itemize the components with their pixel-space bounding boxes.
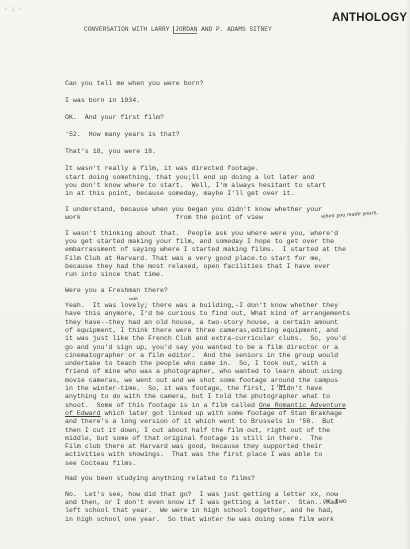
answer-directed-footage: It wasn't really a film, it was directed…: [65, 165, 405, 198]
transcript-body: Can you tell me when you were born? I wa…: [65, 80, 405, 531]
question-18: That's 18, you were 18.: [65, 148, 405, 156]
title-name-jordan: JORDAN: [173, 26, 197, 34]
title-prefix: CONVERSATION WITH LARRY: [84, 26, 173, 33]
document-title: CONVERSATION WITH LARRY JORDAN AND P. AD…: [84, 26, 272, 33]
question-freshman: Were you a Freshman there?: [65, 287, 405, 295]
answer-building: Yeah. It was lovely; there was a buildin…: [65, 302, 405, 468]
handwritten-insert-with: with: [129, 296, 138, 301]
film-title-line1: One Romantic Adventure: [259, 402, 346, 409]
title-suffix: AND P. ADAMS SITNEY: [197, 26, 271, 33]
answer-born: I was born in 1934.: [65, 97, 405, 105]
scan-specks: · : ·: [4, 6, 22, 13]
film-title-line2: of Edward: [65, 410, 101, 417]
page-edge-shadow: [404, 0, 410, 549]
anthology-stamp: ANTHOLOGY: [332, 12, 407, 24]
document-page: · : · ANTHOLOGY CONVERSATION WITH LARRY …: [0, 0, 410, 549]
answer-building-tail: which later got linked up with some foot…: [65, 410, 342, 467]
question-born: Can you tell me when you were born?: [65, 80, 405, 88]
typed-insert-or-two: or two: [323, 498, 347, 505]
handwritten-insert-that: that: [277, 383, 285, 388]
answer-building-text: Yeah. It was lovely; there was a buildin…: [65, 302, 350, 409]
question-studying: Had you been studying anything related t…: [65, 475, 405, 483]
question-first-film: OK. And your first film?: [65, 114, 405, 122]
answer-letter: No. Let's see, how did that go? I was ju…: [65, 491, 405, 524]
answer-52: '52. How many years is that?: [65, 131, 405, 139]
answer-film-club: I wasn't thinking about that. People ask…: [65, 230, 405, 280]
